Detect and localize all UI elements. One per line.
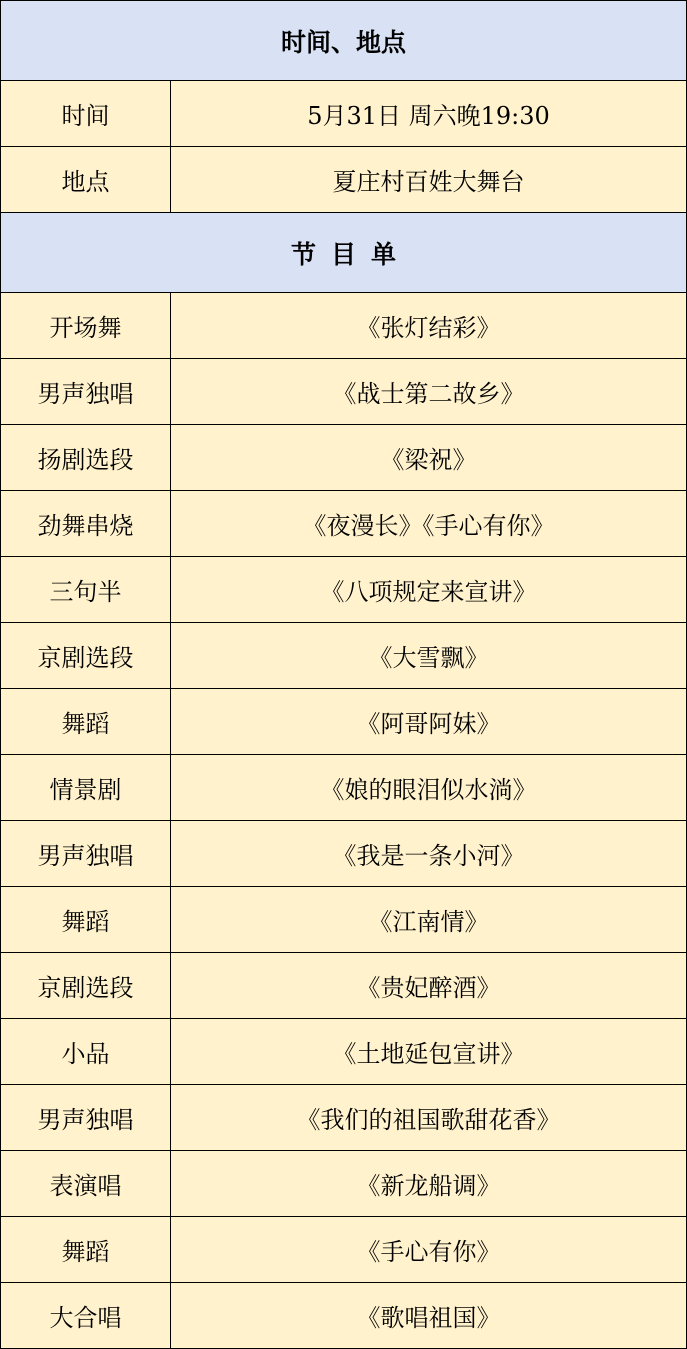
program-type: 舞蹈 xyxy=(1,689,171,754)
program-title: 《张灯结彩》 xyxy=(171,293,686,358)
program-row: 舞蹈《阿哥阿妹》 xyxy=(1,689,686,755)
time-label: 时间 xyxy=(1,81,171,146)
program-row: 情景剧《娘的眼泪似水淌》 xyxy=(1,755,686,821)
program-title: 《八项规定来宣讲》 xyxy=(171,557,686,622)
program-title: 《大雪飘》 xyxy=(171,623,686,688)
program-title: 《夜漫长》《手心有你》 xyxy=(171,491,686,556)
program-row: 三句半《八项规定来宣讲》 xyxy=(1,557,686,623)
program-title: 《土地延包宣讲》 xyxy=(171,1019,686,1084)
program-row: 舞蹈《江南情》 xyxy=(1,887,686,953)
program-table: 时间、地点 时间 5月31日 周六晚19:30 地点 夏庄村百姓大舞台 节目单 … xyxy=(0,0,687,1349)
program-title: 《梁祝》 xyxy=(171,425,686,490)
program-title: 《手心有你》 xyxy=(171,1217,686,1282)
program-row: 舞蹈《手心有你》 xyxy=(1,1217,686,1283)
program-row: 扬剧选段《梁祝》 xyxy=(1,425,686,491)
program-type: 舞蹈 xyxy=(1,1217,171,1282)
program-title: 《我是一条小河》 xyxy=(171,821,686,886)
program-row: 开场舞《张灯结彩》 xyxy=(1,293,686,359)
info-row-time: 时间 5月31日 周六晚19:30 xyxy=(1,81,686,147)
program-row: 劲舞串烧《夜漫长》《手心有你》 xyxy=(1,491,686,557)
program-type: 表演唱 xyxy=(1,1151,171,1216)
program-title: 《江南情》 xyxy=(171,887,686,952)
location-label: 地点 xyxy=(1,147,171,212)
program-type: 男声独唱 xyxy=(1,1085,171,1150)
program-title: 《歌唱祖国》 xyxy=(171,1283,686,1348)
program-type: 京剧选段 xyxy=(1,623,171,688)
program-type: 大合唱 xyxy=(1,1283,171,1348)
info-section-title: 时间、地点 xyxy=(281,23,406,59)
program-row: 男声独唱《战士第二故乡》 xyxy=(1,359,686,425)
program-row: 男声独唱《我们的祖国歌甜花香》 xyxy=(1,1085,686,1151)
program-title: 《新龙船调》 xyxy=(171,1151,686,1216)
program-type: 开场舞 xyxy=(1,293,171,358)
program-title: 《娘的眼泪似水淌》 xyxy=(171,755,686,820)
program-row: 京剧选段《贵妃醉酒》 xyxy=(1,953,686,1019)
program-row: 男声独唱《我是一条小河》 xyxy=(1,821,686,887)
info-section-header: 时间、地点 xyxy=(1,1,686,81)
program-type: 情景剧 xyxy=(1,755,171,820)
location-value: 夏庄村百姓大舞台 xyxy=(171,147,686,212)
program-row: 京剧选段《大雪飘》 xyxy=(1,623,686,689)
program-type: 舞蹈 xyxy=(1,887,171,952)
program-section-header: 节目单 xyxy=(1,213,686,293)
program-title: 《阿哥阿妹》 xyxy=(171,689,686,754)
program-row: 表演唱《新龙船调》 xyxy=(1,1151,686,1217)
program-type: 小品 xyxy=(1,1019,171,1084)
program-type: 男声独唱 xyxy=(1,821,171,886)
program-row: 小品《土地延包宣讲》 xyxy=(1,1019,686,1085)
time-value: 5月31日 周六晚19:30 xyxy=(171,81,686,146)
program-title: 《贵妃醉酒》 xyxy=(171,953,686,1018)
program-row: 大合唱《歌唱祖国》 xyxy=(1,1283,686,1348)
program-list: 开场舞《张灯结彩》 男声独唱《战士第二故乡》 扬剧选段《梁祝》 劲舞串烧《夜漫长… xyxy=(1,293,686,1348)
program-type: 劲舞串烧 xyxy=(1,491,171,556)
info-row-location: 地点 夏庄村百姓大舞台 xyxy=(1,147,686,213)
program-section-title: 节目单 xyxy=(276,235,411,271)
program-type: 三句半 xyxy=(1,557,171,622)
program-type: 男声独唱 xyxy=(1,359,171,424)
program-type: 京剧选段 xyxy=(1,953,171,1018)
program-type: 扬剧选段 xyxy=(1,425,171,490)
program-title: 《战士第二故乡》 xyxy=(171,359,686,424)
program-title: 《我们的祖国歌甜花香》 xyxy=(171,1085,686,1150)
